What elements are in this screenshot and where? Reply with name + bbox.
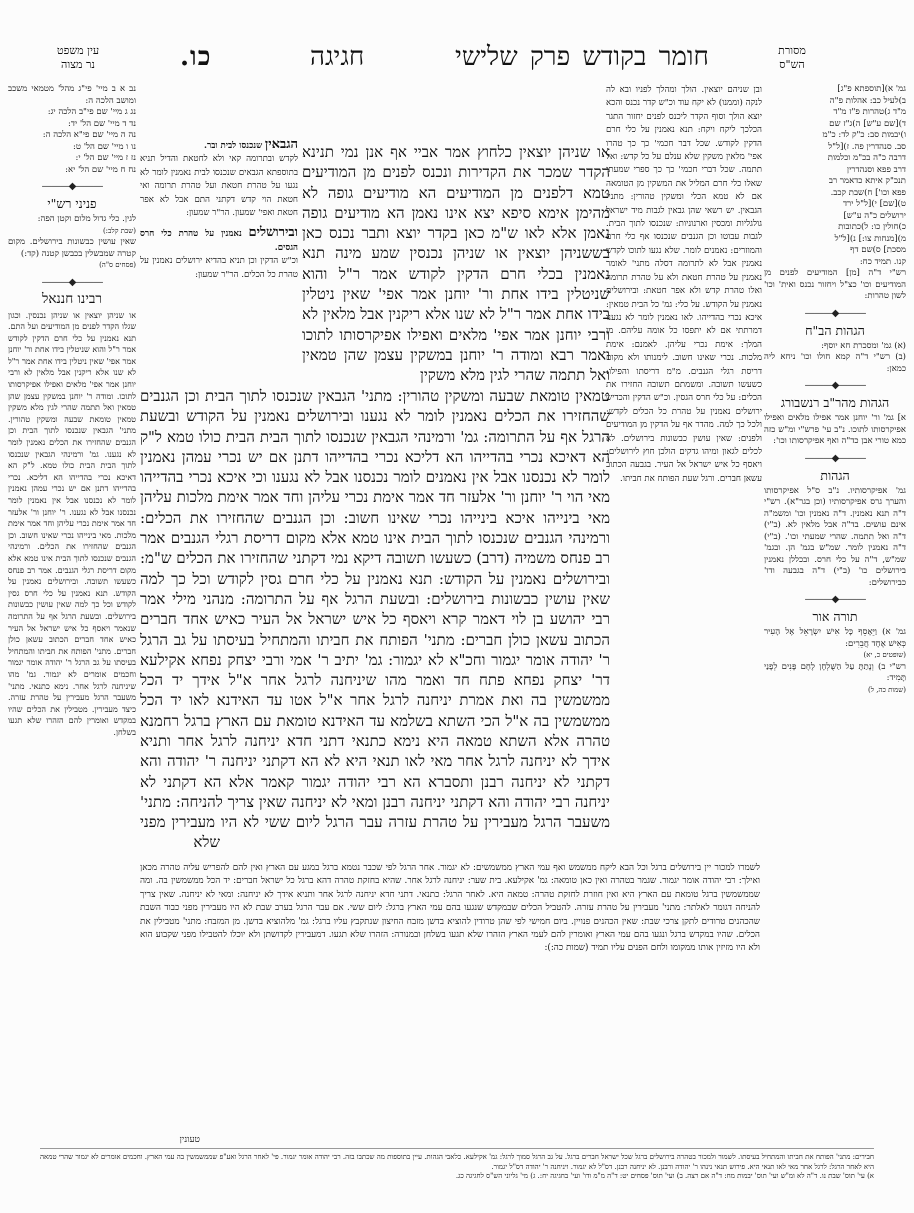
ein-mishpat-entry: נז ז מיי' שם הל' י: [8,153,136,165]
rashi-text: ובן שניהם יוצאין. הולך ומהלך לפניו ובא ל… [606,84,762,486]
gemara-text: או שניהן יוצאין כלחוץ אמר אביי אף אנן נמ… [302,142,610,386]
ein-mishpat-entries: נב א ב מיי' פי"ג מהל' מטמאי משכב ומושב ה… [8,84,136,176]
mesoret-label-line1: מסורת [762,44,822,58]
pninei-rashi-title: פניני רש"י [8,196,136,211]
footnote-text: חבירים: מתני' הפותח את חביתו והמתחיל בעי… [40,1153,874,1172]
footnote-text: א) עי' תוס' שבת נו. ד"ה לא ומ"ש ועי' תוס… [40,1172,874,1182]
ein-mishpat-entry: נו ו מיי' שם הל' ט: [8,142,136,154]
mesoret-entry: דרבה כ"ה בכ"מ וכלמות [764,153,906,165]
masechet-title: חגיגה [310,42,364,72]
ornament-divider: ———◆——— [764,595,906,605]
mesoret-entry: מ"ד ג)טהרות פ"ז מ"ד [764,107,906,119]
mesoret-entry: גמ' א)[תוספתא פ"ג] [764,84,906,96]
hagahot-title: הגהות [764,468,906,483]
hagahot-text: גמ' אפיקרסותיו. נ"ב ס"ל אפיקרסותו והערך … [764,486,906,590]
rashi-column: ובן שניהם יוצאין. הולך ומהלך לפניו ובא ל… [606,84,762,860]
tosafot-dibur-hamatchil: הגבאין [265,137,298,152]
ornament-divider: ———◆——— [764,309,906,319]
hagahot-habach-entry: (ב) רש"י ד"ה קמא חולו וכו' ניחא ליה כמאן… [764,352,906,375]
mesoret-entry: דרב פפא וסנהדרין [764,165,906,177]
rabbeinu-chananel-text: או שניהן יוצאין או שניהן נכנסין. וכגון ש… [8,310,136,739]
page-footnotes: חבירים: מתני' הפותח את חביתו והמתחיל בעי… [40,1148,874,1208]
torah-or-source: (שמות כה, ל) [764,685,906,697]
catchword: טעונין [180,1135,200,1145]
hagahot-maharav-text: א] גמ' ור' יוחנן אמר אפילו מלאים ואפילו … [764,413,906,448]
ein-mishpat-entry: נה ה מיי' שם פי"א הלכה ה: [8,130,136,142]
mesoret-entry: ו)יבמות סב: כ"ק לד: כ"מ [764,130,906,142]
pninei-rashi-source: (פסחים ס"ה) [8,260,136,272]
mesoret-entry: פפא וכו'] ח)שבת קכב. [764,188,906,200]
ein-mishpat-entry: נח ח מיי' שם הל' יא: [8,165,136,177]
ein-mishpat-entry: נב א ב מיי' פי"ג מהל' מטמאי משכב ומושב ה… [8,84,136,107]
tosafot-text: וכ"ש הדקין וכן תניא בהדיא ירושלים נאמנין… [140,255,298,282]
rabbeinu-chananel-title: רבינו חננאל [8,292,136,307]
ein-mishpat-label: עין משפט נר מצוה [48,44,108,72]
page-header: מסורת הש"ס חומר בקודש פרק שלישי חגיגה כו… [0,40,914,84]
torah-or-title: תורה אור [764,609,906,624]
gemara-catchword: שלא [160,832,220,856]
tosafot-text: לקדש ובתרומה קאי ולא לחטאת והדיל תניא בת… [140,153,298,220]
left-margin-column: נב א ב מיי' פי"ג מהל' מטמאי משכב ומושב ה… [8,84,136,738]
torah-or-verse: רש"י ב) וְנָתַתָּ עַל הַשֻּׁלְחָן לֶחֶם … [764,662,906,685]
mesoret-entry: ירושלים כ"ה ע"ש] [764,211,906,223]
right-margin-column: גמ' א)[תוספתא פ"ג] ב)לעיל כב: אהלות פ"ה … [764,84,906,696]
mesoret-label-line2: הש"ס [762,58,822,72]
gemara-text-wide: טמאין טומאת שבעה ומשקין טהורין: מתני' הג… [140,386,610,832]
pninei-rashi-text: שאין עושין כבשונות בירושלים. מקום קטרה ש… [8,237,136,260]
ornament-divider: ———◆——— [764,454,906,464]
catchword: שלא [193,833,220,851]
hagahot-maharav-title: הגהות מהר"ב רנשבורג [764,395,906,410]
torah-or-source: (שופטים כ, יא) [764,650,906,662]
mesoret-entry: ד)[שם ע"ש] ה)ג"ז שם [764,119,906,131]
ornament-divider: ———◆——— [8,278,136,288]
mesoret-hashas-label: מסורת הש"ס [762,44,822,72]
tosafot-dibur-rest: שנכנסו לבית ובר. [204,141,262,151]
mesoret-entry: ב)לעיל כב: אהלות פ"ה [764,96,906,108]
mesoret-entry: סב. סנהדרין פה. ז)[ל"ל [764,142,906,154]
mesoret-entry: מ)[מנחות צו:] נ)[ל"ל [764,234,906,246]
mesoret-rashi-note: רש"י ד"ה [מן] המודיעים לפנים מן המודיעים… [764,268,906,303]
mesoret-entry: מסכת] ס)שם דף [764,245,906,257]
mesoret-entry: תנכ"ק איתא כדאמר רב [764,176,906,188]
ein-mishpat-label-line2: נר מצוה [48,58,108,72]
perek-title: חומר בקודש פרק שלישי [455,42,709,72]
bottom-commentary-text: לשמרו למכור יין בירושלים ברגל וכל הבא לי… [140,862,760,956]
mesoret-entry: ט)[שם] י)[ל"ל ירד [764,199,906,211]
bottom-catchword: טעונין [140,1134,200,1148]
bottom-commentary: לשמרו למכור יין בירושלים ברגל וכל הבא לי… [140,862,760,1142]
hagahot-habach-title: הגהות הב"ח [764,323,906,338]
ein-mishpat-entry: נד ד מיי' שם הל' יד: [8,119,136,131]
gemara-text-top: או שניהן יוצאין כלחוץ אמר אביי אף אנן נמ… [302,142,610,386]
pninei-rashi-source: (שבת קלב:) [8,226,136,238]
mesoret-entry: קנו. תמיד כח: [764,257,906,269]
mesoret-entry: כ)חולין כו: ל)כתובות [764,222,906,234]
ein-mishpat-label-line1: עין משפט [48,44,108,58]
tosafot-column: הגבאין שנכנסו לבית ובר. לקדש ובתרומה קאי… [140,84,298,384]
ein-mishpat-entry: נג ג מיי' שם פי"ב הלכה יג: [8,107,136,119]
pninei-rashi-text: לגין. כלי גדול מלום וקטן הפה: [8,214,136,226]
torah-or-verse: גמ' א) וַיֵּאָסֵף כָּל אִישׁ יִשְׂרָאֵל … [764,627,906,650]
daf-number: כו. [180,42,211,72]
ornament-divider: ———◆——— [764,381,906,391]
tosafot-dibur-hamatchil: ובירושלים [248,225,298,240]
hagahot-habach-entry: (א) גמ' ומסכרת חא יוסף: [764,341,906,353]
mesoret-hashas-entries: גמ' א)[תוספתא פ"ג] ב)לעיל כב: אהלות פ"ה … [764,84,906,268]
gemara-text: טמאין טומאת שבעה ומשקין טהורין: מתני' הג… [140,386,610,832]
ornament-divider: ———◆——— [8,182,136,192]
